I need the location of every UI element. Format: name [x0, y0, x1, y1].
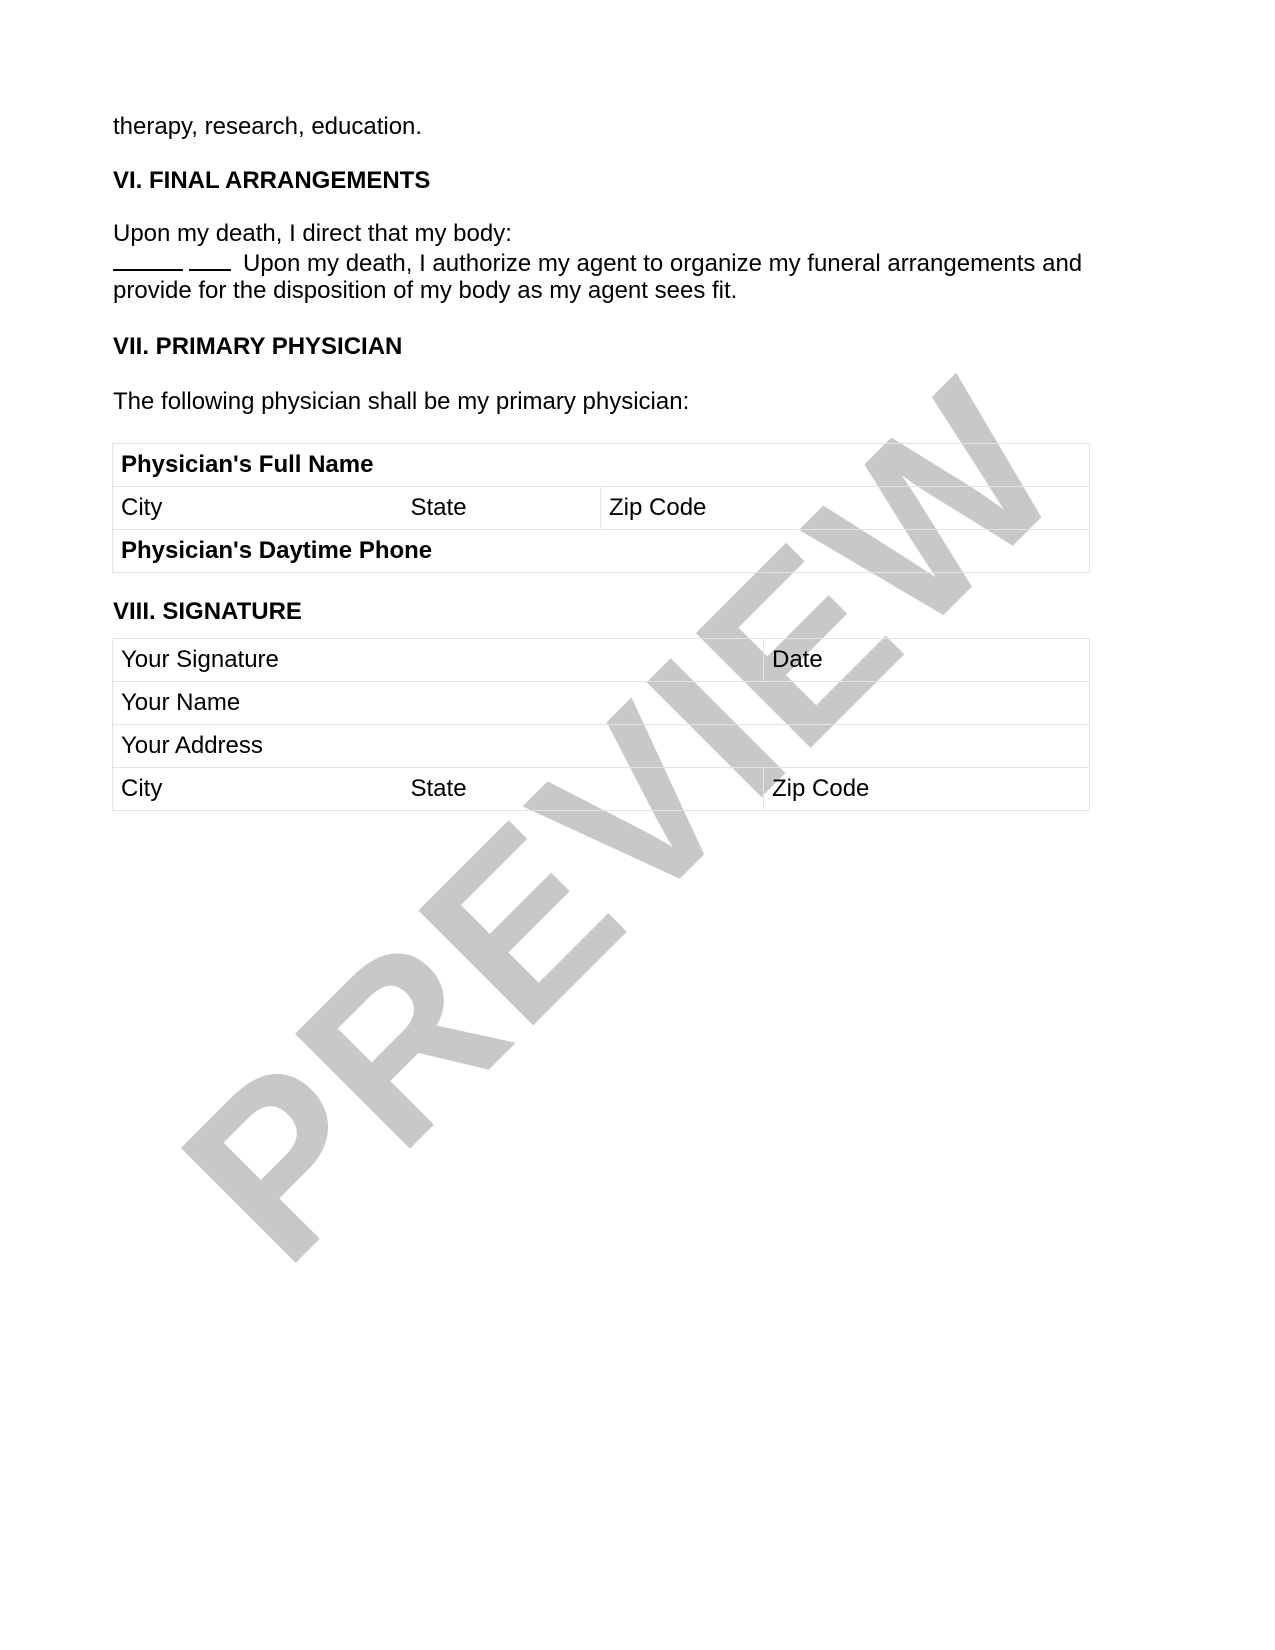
final-arrangements-intro: Upon my death, I direct that my body: — [113, 220, 512, 248]
table-row: Physician's Daytime Phone — [113, 530, 1090, 573]
table-row: Your Address — [113, 725, 1090, 768]
physician-state-field[interactable]: State — [403, 487, 601, 530]
continuation-text: therapy, research, education. — [113, 113, 422, 141]
date-field[interactable]: Date — [764, 639, 1090, 682]
state-field[interactable]: State — [403, 768, 764, 811]
city-field[interactable]: City — [113, 768, 403, 811]
option-text-line1: Upon my death, I authorize my agent to o… — [243, 250, 1082, 277]
section-heading-signature: VIII. SIGNATURE — [113, 598, 302, 626]
physician-zip-field[interactable]: Zip Code — [601, 487, 1090, 530]
physician-phone-field[interactable]: Physician's Daytime Phone — [113, 530, 1090, 573]
initials-blank-short[interactable] — [189, 249, 231, 271]
table-row: Physician's Full Name — [113, 444, 1090, 487]
final-arrangements-option: Upon my death, I authorize my agent to o… — [113, 249, 1082, 278]
table-row: City State Zip Code — [113, 768, 1090, 811]
physician-table: Physician's Full Name City State Zip Cod… — [112, 443, 1090, 573]
table-row: Your Name — [113, 682, 1090, 725]
signature-field[interactable]: Your Signature — [113, 639, 764, 682]
option-text-line2: provide for the disposition of my body a… — [113, 277, 737, 305]
document-page: therapy, research, education. VI. FINAL … — [0, 0, 1275, 1650]
initials-blank[interactable] — [113, 249, 183, 271]
primary-physician-intro: The following physician shall be my prim… — [113, 388, 689, 416]
section-heading-primary-physician: VII. PRIMARY PHYSICIAN — [113, 333, 402, 361]
section-heading-final-arrangements: VI. FINAL ARRANGEMENTS — [113, 167, 430, 195]
name-field[interactable]: Your Name — [113, 682, 1090, 725]
table-row: City State Zip Code — [113, 487, 1090, 530]
signature-table: Your Signature Date Your Name Your Addre… — [112, 638, 1090, 811]
address-field[interactable]: Your Address — [113, 725, 1090, 768]
physician-city-field[interactable]: City — [113, 487, 403, 530]
physician-full-name-field[interactable]: Physician's Full Name — [113, 444, 1090, 487]
table-row: Your Signature Date — [113, 639, 1090, 682]
zip-field[interactable]: Zip Code — [764, 768, 1090, 811]
